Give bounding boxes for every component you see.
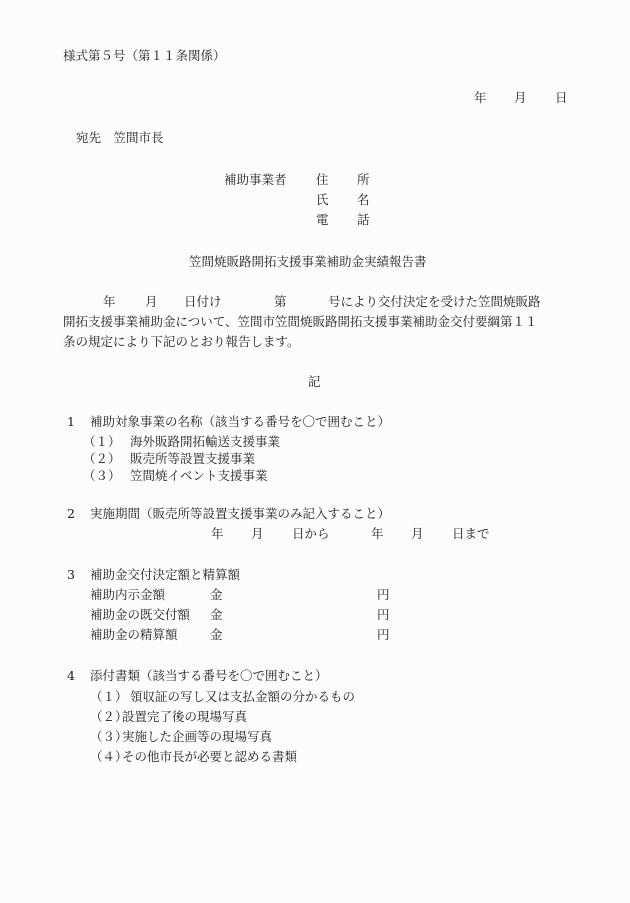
section3-row3-prefix: 金	[210, 627, 223, 643]
phone-label-b: 話	[357, 212, 370, 228]
section3-row3-label: 補助金の精算額	[90, 627, 178, 643]
section1-item2-number: （２）	[83, 451, 121, 467]
body-line1-rest: 号により交付決定を受けた笠間焼販路	[328, 294, 541, 310]
section3-row3-unit: 円	[377, 627, 390, 643]
body-month: 月	[145, 294, 158, 310]
form-label: 様式第５号（第１１条関係）	[63, 48, 226, 64]
section2-heading: 実施期間（販売所等設置支援事業のみ記入すること）	[90, 506, 390, 522]
period-to-day: 日まで	[452, 526, 490, 542]
name-label-a: 氏	[316, 192, 329, 208]
phone-label-a: 電	[316, 212, 329, 228]
section1-number: 1	[67, 414, 75, 430]
applicant-role: 補助事業者	[224, 172, 287, 188]
section4-heading: 添付書類（該当する番号を〇で囲むこと）	[90, 668, 328, 684]
section3-row2-label: 補助金の既交付額	[90, 607, 190, 623]
section2-number: 2	[67, 506, 75, 522]
section1-item2-label: 販売所等設置支援事業	[130, 451, 255, 467]
date-month-label: 月	[514, 90, 527, 106]
body-line3: 条の規定により下記のとおり報告します。	[63, 334, 300, 350]
section4-item4-label: その他市長が必要と認める書類	[122, 749, 297, 765]
date-day-label: 日	[555, 90, 568, 106]
body-line2: 開拓支援事業補助金について、笠間市笠間焼販路開拓支援事業補助金交付要綱第１１	[63, 314, 538, 330]
section1-item1-label: 海外販路開拓輸送支援事業	[130, 434, 280, 450]
section3-heading: 補助金交付決定額と精算額	[90, 567, 240, 583]
body-year: 年	[103, 294, 116, 310]
period-from-day: 日から	[292, 526, 330, 542]
addressee: 宛先 笠間市長	[76, 130, 164, 146]
period-from-month: 月	[251, 526, 264, 542]
section1-item3-label: 笠間焼イベント支援事業	[130, 468, 268, 484]
section3-row1-unit: 円	[377, 587, 390, 603]
section1-item1-number: （１）	[83, 434, 121, 450]
section4-number: 4	[67, 668, 75, 684]
section3-row2-unit: 円	[377, 607, 390, 623]
body-dai: 第	[274, 294, 287, 310]
section3-row1-label: 補助内示金額	[90, 587, 165, 603]
date-year-label: 年	[474, 90, 487, 106]
section1-heading: 補助対象事業の名称（該当する番号を〇で囲むこと）	[90, 414, 390, 430]
document-title: 笠間焼販路開拓支援事業補助金実績報告書	[189, 254, 427, 270]
name-label-b: 名	[357, 192, 370, 208]
address-label-b: 所	[357, 172, 370, 188]
body-day: 日付け	[184, 294, 222, 310]
section4-item3-label: 実施した企画等の現場写真	[122, 729, 272, 745]
section3-number: 3	[67, 567, 75, 583]
section4-item2-label: 設置完了後の現場写真	[122, 709, 247, 725]
section3-row1-prefix: 金	[210, 587, 223, 603]
period-to-month: 月	[411, 526, 424, 542]
address-label-a: 住	[316, 172, 329, 188]
section4-item1-number: （１）	[90, 689, 128, 705]
section4-item1-label: 領収証の写し又は支払金額の分かるもの	[130, 689, 355, 705]
section3-row2-prefix: 金	[210, 607, 223, 623]
period-from-year: 年	[211, 526, 224, 542]
period-to-year: 年	[371, 526, 384, 542]
section1-item3-number: （３）	[83, 468, 121, 484]
ki-marker: 記	[308, 374, 321, 390]
